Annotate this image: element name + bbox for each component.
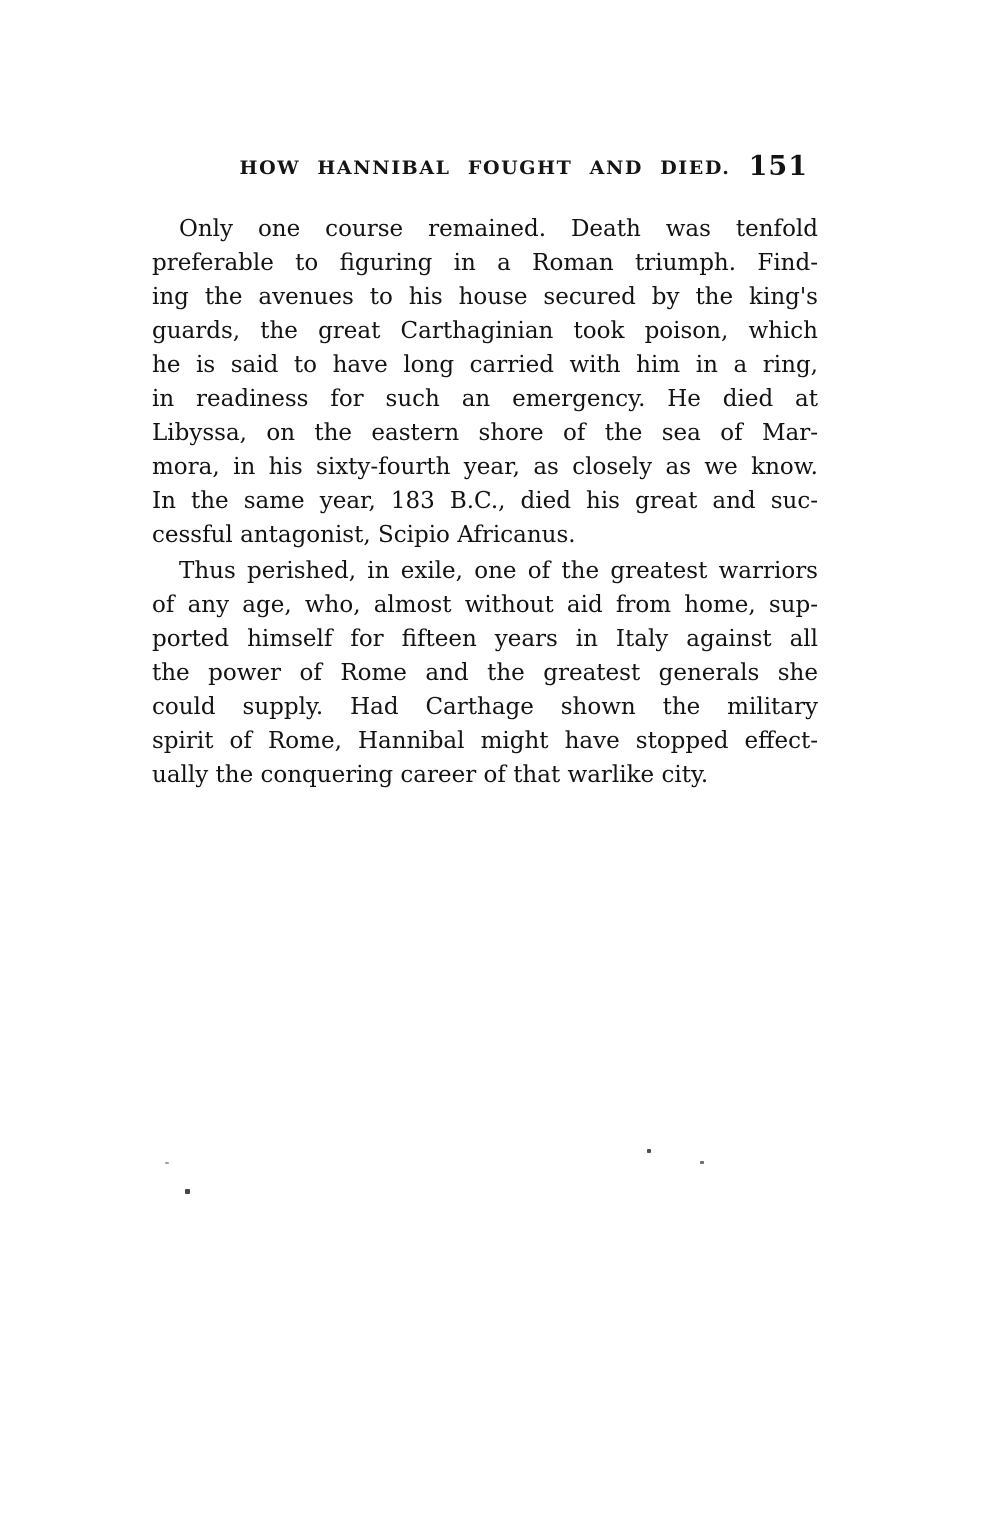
running-head: HOW HANNIBAL FOUGHT AND DIED. 151 xyxy=(152,150,818,186)
text-line: In the same year, 183 B.C., died his gre… xyxy=(152,484,818,518)
scan-speck xyxy=(647,1149,651,1153)
scan-speck xyxy=(700,1161,704,1164)
scan-speck xyxy=(165,1162,169,1164)
text-line: ually the conquering career of that warl… xyxy=(152,758,818,792)
paragraph: Thus perished, in exile, one of the grea… xyxy=(152,554,818,792)
page-number: 151 xyxy=(749,151,808,183)
text-line: he is said to have long carried with him… xyxy=(152,348,818,382)
text-line: in readiness for such an emergency. He d… xyxy=(152,382,818,416)
scan-speck xyxy=(185,1189,190,1194)
text-line: preferable to figuring in a Roman triump… xyxy=(152,246,818,280)
text-line: the power of Rome and the greatest gener… xyxy=(152,656,818,690)
text-line: Thus perished, in exile, one of the grea… xyxy=(152,554,818,588)
text-line: mora, in his sixty-fourth year, as close… xyxy=(152,450,818,484)
book-page: HOW HANNIBAL FOUGHT AND DIED. 151 Only o… xyxy=(0,0,1000,1516)
text-block: Only one course remained. Death was tenf… xyxy=(152,212,818,792)
text-line: could supply. Had Carthage shown the mil… xyxy=(152,690,818,724)
text-line: Only one course remained. Death was tenf… xyxy=(152,212,818,246)
text-line: guards, the great Carthaginian took pois… xyxy=(152,314,818,348)
text-line: ing the avenues to his house secured by … xyxy=(152,280,818,314)
paragraph: Only one course remained. Death was tenf… xyxy=(152,212,818,552)
text-line: Libyssa, on the eastern shore of the sea… xyxy=(152,416,818,450)
text-line: ported himself for fifteen years in Ital… xyxy=(152,622,818,656)
text-line: spirit of Rome, Hannibal might have stop… xyxy=(152,724,818,758)
text-line: of any age, who, almost without aid from… xyxy=(152,588,818,622)
running-head-title: HOW HANNIBAL FOUGHT AND DIED. xyxy=(152,150,818,186)
text-line: cessful antagonist, Scipio Africanus. xyxy=(152,518,818,552)
